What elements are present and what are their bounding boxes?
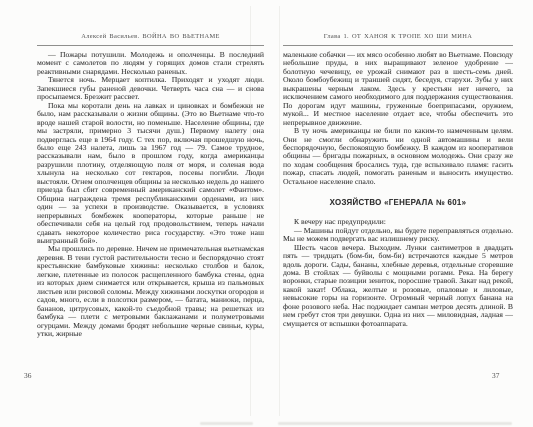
right-page-body: маленькие собачки — их мясо особенно люб… [283, 51, 513, 328]
section-heading: ХОЗЯЙСТВО «ГЕНЕРАЛА № 601» [283, 198, 513, 208]
paragraph: Мы прошлись по деревне. Ничем не примеча… [37, 245, 264, 338]
left-page-body: — Пожары потушили. Молодежь и ополченцы.… [37, 51, 264, 338]
paragraph: — Машины пойдут отдельно, вы будете пере… [283, 227, 513, 244]
left-page: Алексей Васильев. ВОЙНА ВО ВЬЕТНАМЕ — По… [37, 33, 264, 338]
paragraph: В ту ночь американцы не били по каким-то… [283, 127, 513, 186]
page-edge-shadow [200, 422, 253, 425]
paragraph: — Пожары потушили. Молодежь и ополченцы.… [37, 51, 264, 76]
page-number-right: 37 [492, 371, 499, 380]
page-edge-shadow [278, 422, 512, 425]
running-head-rule [37, 45, 264, 46]
running-head-right: Глава 1. ОТ ХАНОЯ К ТРОПЕ ХО ШИ МИНА [283, 33, 513, 41]
paragraph: маленькие собачки — их мясо особенно люб… [283, 51, 513, 127]
paragraph: Шесть часов вечера. Выходим. Лунки санти… [283, 244, 513, 329]
gutter-line [279, 6, 280, 416]
page-number-left: 36 [24, 371, 31, 380]
running-head-rule [283, 45, 513, 46]
paragraph: Пока мы коротали день на лавках и циновк… [37, 102, 264, 246]
running-head-left: Алексей Васильев. ВОЙНА ВО ВЬЕТНАМЕ [37, 33, 264, 41]
right-page: Глава 1. ОТ ХАНОЯ К ТРОПЕ ХО ШИ МИНА мал… [283, 33, 513, 328]
book-scan: Алексей Васильев. ВОЙНА ВО ВЬЕТНАМЕ — По… [0, 0, 533, 427]
paragraph: Тянется ночь. Мерцает коптилка. Приходят… [37, 76, 264, 101]
